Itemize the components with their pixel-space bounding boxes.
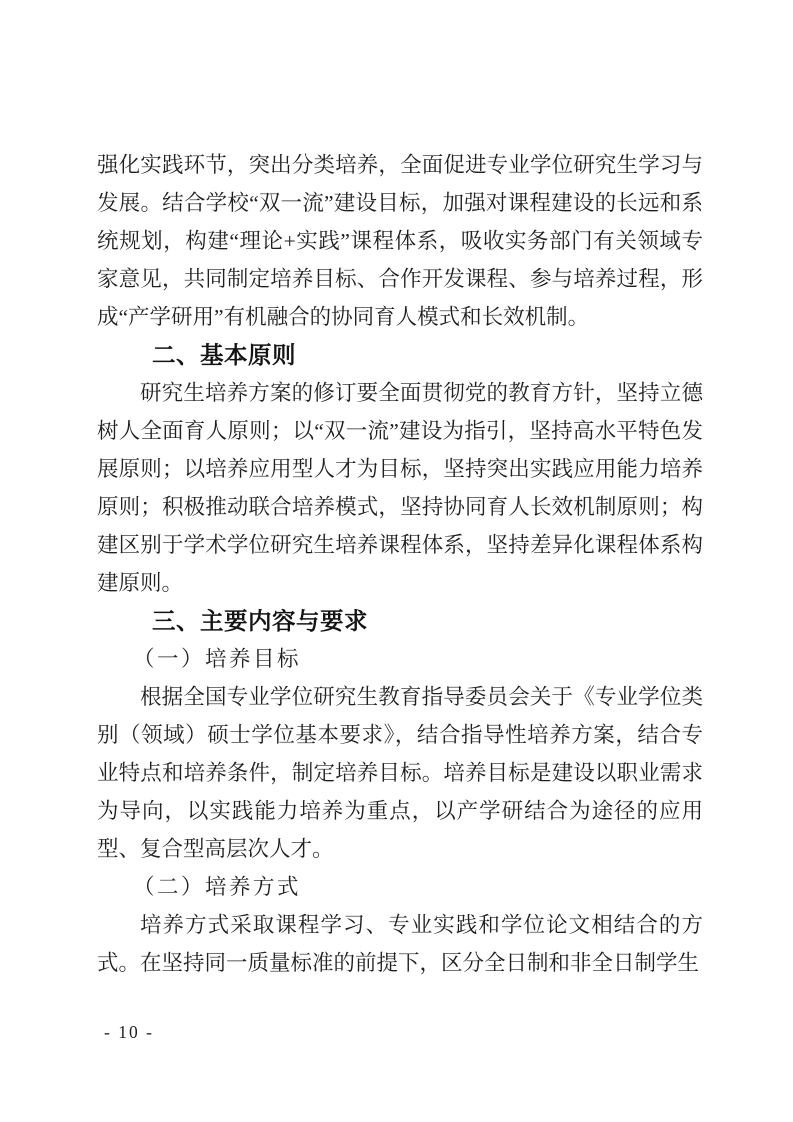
document-page: 强化实践环节，突出分类培养，全面促进专业学位研究生学习与发展。结合学校“双一流”… [0,0,793,1122]
paragraph-training-goal: 根据全国专业学位研究生教育指导委员会关于《专业学位类别（领域）硕士学位基本要求》… [97,678,703,868]
paragraph-continuation: 强化实践环节，突出分类培养，全面促进专业学位研究生学习与发展。结合学校“双一流”… [97,146,703,336]
paragraph-principles: 研究生培养方案的修订要全面贯彻党的教育方针，坚持立德树人全面育人原则；以“双一流… [97,374,703,602]
subsection-heading-training-mode: （二）培养方式 [97,868,703,906]
document-body: 强化实践环节，突出分类培养，全面促进专业学位研究生学习与发展。结合学校“双一流”… [97,146,703,982]
page-number: - 10 - [104,1019,154,1045]
section-heading-basic-principles: 二、基本原则 [97,336,703,374]
section-heading-main-content: 三、主要内容与要求 [97,602,703,640]
subsection-heading-training-goal: （一）培养目标 [97,640,703,678]
paragraph-training-mode: 培养方式采取课程学习、专业实践和学位论文相结合的方式。在坚持同一质量标准的前提下… [97,906,703,982]
